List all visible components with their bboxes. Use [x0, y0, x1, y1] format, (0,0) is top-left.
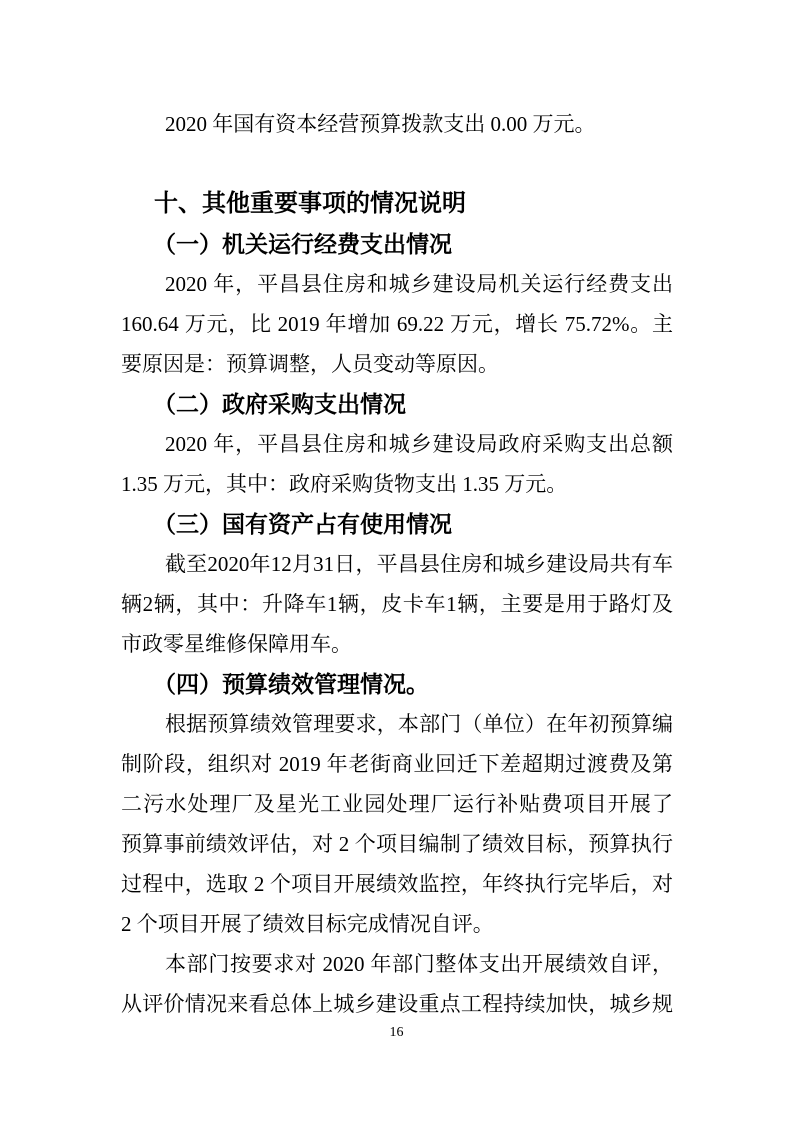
document-page: 2020 年国有资本经营预算拨款支出 0.00 万元。十、其他重要事项的情况说明…	[0, 0, 793, 1122]
text-line: 辆2辆，其中：升降车1辆，皮卡车1辆，主要是用于路灯及	[121, 584, 673, 624]
text-line: 制阶段，组织对 2019 年老街商业回迁下差超期过渡费及第	[121, 744, 673, 784]
text-line: 2 个项目开展了绩效目标完成情况自评。	[121, 904, 673, 944]
section-heading: （三）国有资产占有使用情况	[121, 504, 673, 544]
blank-line	[121, 144, 673, 184]
text-line: 过程中，选取 2 个项目开展绩效监控，年终执行完毕后，对	[121, 864, 673, 904]
text-line: 市政零星维修保障用车。	[121, 624, 673, 664]
text-line: 二污水处理厂及星光工业园处理厂运行补贴费项目开展了	[121, 784, 673, 824]
chapter-heading: 十、其他重要事项的情况说明	[121, 184, 673, 224]
text-line: 截至2020年12月31日，平昌县住房和城乡建设局共有车	[121, 544, 673, 584]
text-line: 1.35 万元，其中：政府采购货物支出 1.35 万元。	[121, 464, 673, 504]
text-line: 2020 年国有资本经营预算拨款支出 0.00 万元。	[121, 104, 673, 144]
text-line: 本部门按要求对 2020 年部门整体支出开展绩效自评，	[121, 944, 673, 984]
text-line: 从评价情况来看总体上城乡建设重点工程持续加快，城乡规	[121, 984, 673, 1024]
text-line: 预算事前绩效评估，对 2 个项目编制了绩效目标，预算执行	[121, 824, 673, 864]
section-heading: （二）政府采购支出情况	[121, 384, 673, 424]
text-line: 2020 年，平昌县住房和城乡建设局机关运行经费支出	[121, 264, 673, 304]
text-line: 160.64 万元，比 2019 年增加 69.22 万元，增长 75.72%。…	[121, 304, 673, 344]
section-heading: （一）机关运行经费支出情况	[121, 224, 673, 264]
text-line: 2020 年，平昌县住房和城乡建设局政府采购支出总额	[121, 424, 673, 464]
page-number: 16	[0, 1024, 793, 1042]
section-heading: （四）预算绩效管理情况。	[121, 664, 673, 704]
text-line: 根据预算绩效管理要求，本部门（单位）在年初预算编	[121, 704, 673, 744]
document-lines: 2020 年国有资本经营预算拨款支出 0.00 万元。十、其他重要事项的情况说明…	[121, 104, 673, 1024]
text-line: 要原因是：预算调整，人员变动等原因。	[121, 344, 673, 384]
